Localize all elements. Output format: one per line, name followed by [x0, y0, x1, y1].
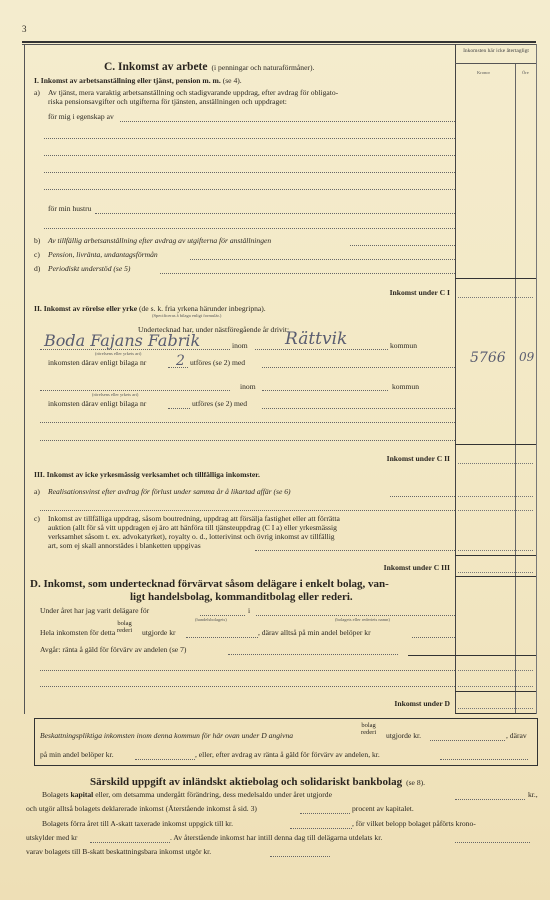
blank-line[interactable] [44, 228, 455, 229]
income-label-1: inkomsten därav enligt bilaga nr [48, 358, 146, 367]
item-d-field[interactable] [160, 273, 455, 274]
box-field-c[interactable] [440, 759, 528, 760]
ore-header: Öre [522, 70, 529, 75]
med-field-1[interactable] [262, 367, 455, 368]
special-line-3b: , för vilket belopp bolaget påförts kron… [352, 819, 476, 828]
blank-line[interactable] [44, 138, 455, 139]
part-iii-heading: III. Inkomst av icke yrkesmässig verksam… [34, 470, 260, 479]
part-ii-subnote: (Specificeras å bilaga enligt formulär.) [152, 313, 221, 318]
for-hustru-field[interactable] [95, 213, 455, 214]
part-i-title: I. Inkomst av arbetsanställning eller tj… [34, 76, 221, 85]
special-line-4: utskylder med kr [26, 833, 77, 842]
iii-c-text-3: verksamhet såsom t. ex. advokatyrket), r… [48, 532, 335, 541]
item-c-label: c) [34, 250, 40, 259]
special-line-1: Bolagets kapital eller, om detsamma unde… [42, 790, 332, 799]
business-field[interactable] [40, 349, 230, 350]
inom-label-2: inom [240, 382, 256, 391]
d-line3-field[interactable] [228, 654, 398, 655]
item-b-label: b) [34, 236, 40, 245]
box-bolag-rederi: bolag rederi [361, 722, 376, 736]
total-d-field[interactable] [458, 708, 533, 709]
kronor-header: Kronor [477, 70, 490, 75]
d-line3-text: Avgår: ränta å gäld för förvärv av andel… [40, 645, 186, 654]
box-utgjorde: utgjorde kr. [386, 731, 421, 740]
box-field-b[interactable] [135, 759, 195, 760]
blank-line[interactable] [40, 440, 455, 441]
iii-c-label: c) [34, 514, 40, 523]
part-i-heading: I. Inkomst av arbetsanställning eller tj… [34, 76, 242, 85]
item-a-text-2: riska pensionsavgifter och utgifterna fö… [48, 97, 287, 106]
utfores-label-2: utföres (se 2) med [192, 399, 247, 408]
total-c-ii-field[interactable] [458, 463, 533, 464]
box-line2-text: , eller, efter avdrag av ränta å gäld fö… [195, 750, 380, 759]
box-darav: , därav [506, 731, 527, 740]
item-c-text: Pension, livränta, undantagsförmån [48, 250, 158, 259]
special-line-5: varav bolagets till B-skatt beskattnings… [26, 847, 211, 856]
d-bolag-rederi: bolag rederi [117, 620, 132, 634]
d-amount-2[interactable] [458, 686, 533, 687]
d-line1-field-a[interactable] [200, 615, 245, 616]
kommun-label: kommun [390, 341, 417, 350]
med-field-2[interactable] [262, 408, 455, 409]
blank-line[interactable] [40, 510, 455, 511]
bolag-label: bolag [117, 620, 132, 627]
total-c-iii-label: Inkomst under C III [384, 563, 450, 572]
for-hustru-label: för min hustru [48, 204, 91, 213]
special-title: Särskild uppgift av inländskt aktiebolag… [90, 772, 425, 790]
d-amount-1[interactable] [458, 670, 533, 671]
income-label-2: inkomsten därav enligt bilaga nr [48, 399, 146, 408]
special-line-2b: procent av kapitalet. [352, 804, 414, 813]
inom-label: inom [232, 341, 248, 350]
iii-b-amount[interactable] [458, 510, 533, 511]
iii-c-text-2: auktion (allt för så vitt uppdragen ej ä… [48, 523, 337, 532]
part-ii-note: (de s. k. fria yrkena härunder inbegripn… [139, 304, 266, 313]
d-line1-caption-2: (bolagets eller rederiets namn) [335, 617, 390, 622]
d-line2-field-b[interactable] [412, 637, 455, 638]
special-title-text: Särskild uppgift av inländskt aktiebolag… [90, 776, 402, 788]
box-field-a[interactable] [430, 740, 505, 741]
part-ii-title: II. Inkomst av rörelse eller yrke [34, 304, 137, 313]
business-caption-2: (rörelsens eller yrkets art) [92, 392, 138, 397]
item-d-label: d) [34, 264, 40, 273]
total-c-i-label: Inkomst under C I [390, 288, 450, 297]
d-line2-field-a[interactable] [186, 637, 258, 638]
iii-a-label: a) [34, 487, 40, 496]
item-a-text-1: Av tjänst, mera varaktig arbetsanställni… [48, 88, 338, 97]
total-c-ii-label: Inkomst under C II [387, 454, 450, 463]
section-c-title: C. Inkomst av arbete (i penningar och na… [104, 57, 314, 75]
iii-a-amount[interactable] [458, 496, 533, 497]
special-title-ref: (se 8). [406, 778, 425, 787]
top-rule-thin [22, 44, 536, 45]
item-a-label: a) [34, 88, 40, 97]
box-rederi-label: rederi [361, 729, 376, 736]
handwritten-business[interactable]: Boda Fajans Fabrik [44, 331, 200, 350]
a-skatt-field[interactable] [290, 828, 352, 829]
amount-column-header: Inkomsten här icke återtagligt [457, 48, 535, 55]
blank-line[interactable] [44, 155, 455, 156]
section-c-note: (i penningar och naturaförmåner). [212, 63, 315, 72]
special-line-4b: . Av återstående inkomst har intill denn… [170, 833, 382, 842]
ore-column-border [515, 63, 516, 714]
special-line-3: Bolagets förra året till A-skatt taxerad… [42, 819, 233, 828]
d-line2-label: Hela inkomsten för detta [40, 628, 115, 637]
box-line2-label: på min andel belöper kr. [40, 750, 114, 759]
iii-a-text-content: Realisationsvinst efter avdrag för förlu… [48, 487, 291, 496]
b-skatt-field[interactable] [270, 856, 330, 857]
kapital-field[interactable] [455, 799, 525, 800]
procent-field[interactable] [300, 813, 350, 814]
item-d-text: Periodiskt understöd (se 5) [48, 264, 130, 273]
section-d-title-2: ligt handelsbolag, kommanditbolag eller … [130, 591, 353, 603]
l1c: eller, om detsamma undergått förändring,… [95, 790, 332, 799]
item-c-field[interactable] [190, 259, 455, 260]
d-subtotal-rule [408, 655, 536, 656]
blank-line[interactable] [40, 686, 455, 687]
iii-c-field[interactable] [255, 550, 455, 551]
d-rule [455, 691, 536, 692]
blank-line[interactable] [40, 670, 455, 671]
d-line2-utgjorde: utgjorde kr [142, 628, 176, 637]
for-mig-label: för mig i egenskap av [48, 112, 114, 121]
part-i-ref: (se 4). [223, 76, 242, 85]
d-line1-field-b[interactable] [256, 615, 455, 616]
part-ii-heading: II. Inkomst av rörelse eller yrke (de s.… [34, 304, 266, 313]
utskylder-field[interactable] [90, 842, 170, 843]
business-field-2[interactable] [40, 390, 230, 391]
section-c-heading: C. Inkomst av arbete [104, 61, 208, 73]
l1a: Bolagets [42, 790, 69, 799]
d-line1-caption: (handelsbolagets) [195, 617, 227, 622]
box-line1-text: Beskattningspliktiga inkomsten inom denn… [40, 731, 293, 740]
total-c-iii-field[interactable] [458, 572, 533, 573]
c-i-subtotal-rule [455, 278, 536, 279]
item-b-text: Av tillfällig arbetsanställning efter av… [48, 236, 271, 245]
c-ii-subtotal-rule [455, 444, 536, 445]
d-line1-i: i [248, 606, 250, 615]
item-b-field[interactable] [350, 245, 455, 246]
place-field[interactable] [255, 349, 388, 350]
for-mig-field[interactable] [120, 121, 455, 122]
total-c-i-field[interactable] [458, 297, 533, 298]
special-line-2: och utgör alltså bolagets deklarerade in… [26, 804, 257, 813]
left-border [24, 44, 25, 714]
page-number: 3 [22, 24, 27, 34]
place-field-2[interactable] [262, 390, 388, 391]
c-iii-subtotal-rule [455, 555, 536, 556]
iii-a-text: Realisationsvinst efter avdrag för förlu… [48, 487, 291, 496]
l1b: kapital [70, 790, 93, 799]
d-bottom-rule [455, 713, 536, 714]
box-bolag-label: bolag [361, 722, 376, 729]
bilaga-field-2[interactable] [168, 408, 190, 409]
total-d-label: Inkomst under D [394, 699, 450, 708]
d-line3-label: Avgår: ränta å gäld för förvärv av andel… [40, 645, 186, 654]
l1-kr: kr., [528, 790, 538, 799]
column-header-rule [455, 63, 536, 64]
utdelats-field[interactable] [455, 842, 530, 843]
business-caption: (rörelsens eller yrkets art) [95, 351, 141, 356]
amount-kronor-c-ii[interactable]: 5766 [470, 350, 506, 366]
amount-ore-c-ii[interactable]: 09 [519, 350, 534, 364]
d-line1-label: Under året har jag varit delägare för [40, 606, 149, 615]
blank-line[interactable] [44, 189, 455, 190]
d-line2-andel: , därav alltså på min andel belöper kr [258, 628, 371, 637]
section-d-title-1: D. Inkomst, som undertecknad förvärvat s… [30, 578, 389, 590]
c-iii-rule [455, 576, 536, 577]
right-border [536, 44, 537, 714]
top-rule [22, 41, 536, 43]
blank-line[interactable] [40, 422, 455, 423]
amount-column-border [455, 44, 456, 714]
iii-a-field[interactable] [390, 496, 455, 497]
handwritten-place[interactable]: Rättvik [285, 329, 347, 349]
iii-c-amount[interactable] [458, 550, 533, 551]
kommun-label-2: kommun [392, 382, 419, 391]
rederi-label: rederi [117, 627, 132, 634]
blank-line[interactable] [44, 172, 455, 173]
box-line1-label: Beskattningspliktiga inkomsten inom denn… [40, 731, 293, 740]
handwritten-bilaga-number[interactable]: 2 [176, 353, 185, 369]
iii-c-text-4: art, som ej skall annorstädes i blankett… [48, 541, 201, 550]
utfores-label-1: utföres (se 2) med [190, 358, 245, 367]
iii-c-text-1: Inkomst av tillfälliga uppdrag, såsom bo… [48, 514, 340, 523]
